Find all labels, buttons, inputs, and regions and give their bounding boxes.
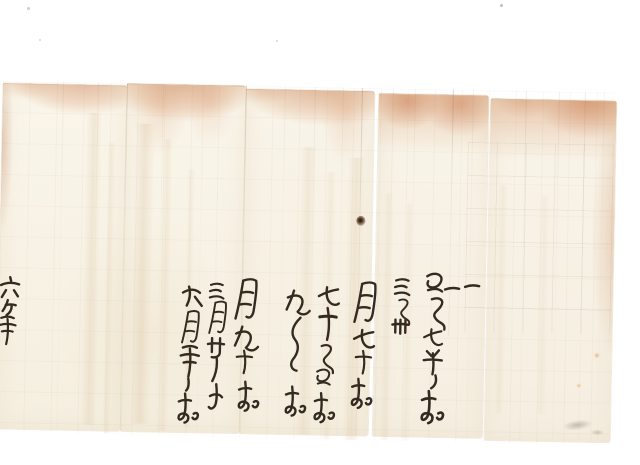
calligraphy-column-8 — [178, 286, 202, 422]
calligraphy-column-9 — [0, 277, 19, 344]
calligraphy-column-4 — [315, 287, 340, 422]
calligraphy-column-1 — [422, 274, 480, 424]
calligraphy-layer — [0, 81, 617, 445]
calligraphy-column-7 — [207, 283, 227, 408]
calligraphy-column-3 — [352, 282, 376, 408]
calligraphy-column-2 — [392, 279, 410, 334]
manuscript-paper — [0, 81, 617, 445]
dust-speck — [39, 39, 41, 41]
dust-speck — [276, 40, 278, 42]
scanned-manuscript — [0, 0, 640, 465]
calligraphy-column-5 — [285, 290, 310, 415]
dust-speck — [27, 7, 30, 10]
calligraphy-column-6 — [234, 279, 261, 411]
dust-speck — [500, 4, 503, 7]
